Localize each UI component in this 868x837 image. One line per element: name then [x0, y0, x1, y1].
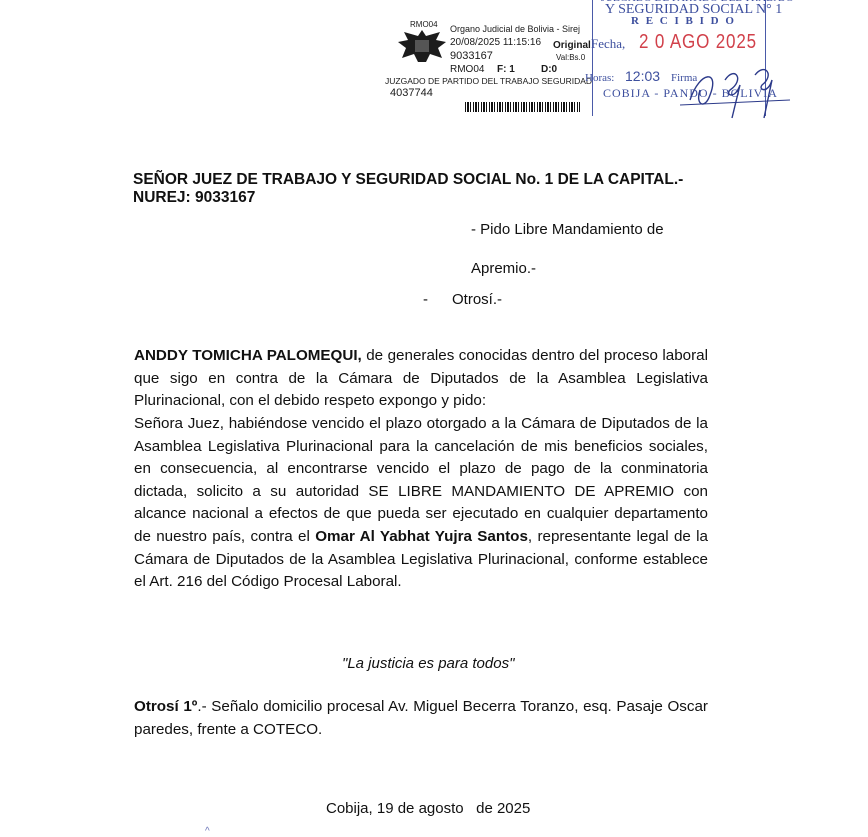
stamp-status: R E C I B I D O [631, 15, 736, 27]
addressee-heading: SEÑOR JUEZ DE TRABAJO Y SEGURIDAD SOCIAL… [133, 170, 683, 189]
barcode [465, 102, 580, 112]
stamp-hour: 12:03 [625, 68, 660, 84]
sumilla-line1: - Pido Libre Mandamiento de [471, 221, 664, 238]
nurej-line: NUREJ: 9033167 [133, 188, 255, 207]
place-date: Cobija, 19 de agosto de 2025 [326, 800, 530, 817]
body-paragraph: Señora Juez, habiéndose vencido el plazo… [134, 413, 708, 594]
intro-paragraph: ANDDY TOMICHA PALOMEQUI, de generales co… [134, 345, 708, 413]
stamp-date-label: Fecha, [591, 36, 625, 52]
institution: Organo Judicial de Bolivia - Sirej [450, 24, 580, 34]
copy-type: Original [553, 40, 591, 51]
otrosi-paragraph: Otrosí 1º.- Señalo domicilio procesal Av… [134, 696, 708, 741]
receipt-court: JUZGADO DE PARTIDO DEL TRABAJO SEGURIDAD [385, 76, 592, 86]
coat-of-arms-icon [396, 28, 448, 64]
mark-fragment: ^ [205, 826, 210, 837]
body-text-part1: Señora Juez, habiéndose vencido el plazo… [134, 415, 708, 545]
folios: F: 1 [497, 64, 515, 75]
sumilla-dash: - [423, 291, 428, 308]
otrosi-label: Otrosí 1º [134, 698, 197, 715]
stamp-hour-label: Horas: [585, 72, 614, 84]
office-code: RMO04 [450, 64, 484, 75]
receipt-datetime: 20/08/2025 11:15:16 [450, 37, 541, 48]
receipt-number: 4037744 [390, 87, 433, 99]
receipt-nurej: 9033167 [450, 50, 493, 62]
sumilla-line3: Otrosí.- [452, 291, 502, 308]
claimant-name: ANDDY TOMICHA PALOMEQUI, [134, 347, 362, 364]
otrosi-text: .- Señalo domicilio procesal Av. Miguel … [134, 698, 708, 738]
motto: "La justicia es para todos" [342, 655, 514, 672]
respondent-name: Omar Al Yabhat Yujra Santos [315, 528, 528, 545]
receipt-value: Val:Bs.0 [556, 53, 585, 62]
sumilla-line2: Apremio.- [471, 260, 536, 277]
stamp-date: 2 0 AGO 2025 [639, 31, 757, 54]
docs-count: D:0 [541, 64, 557, 75]
signature-icon [680, 60, 800, 120]
